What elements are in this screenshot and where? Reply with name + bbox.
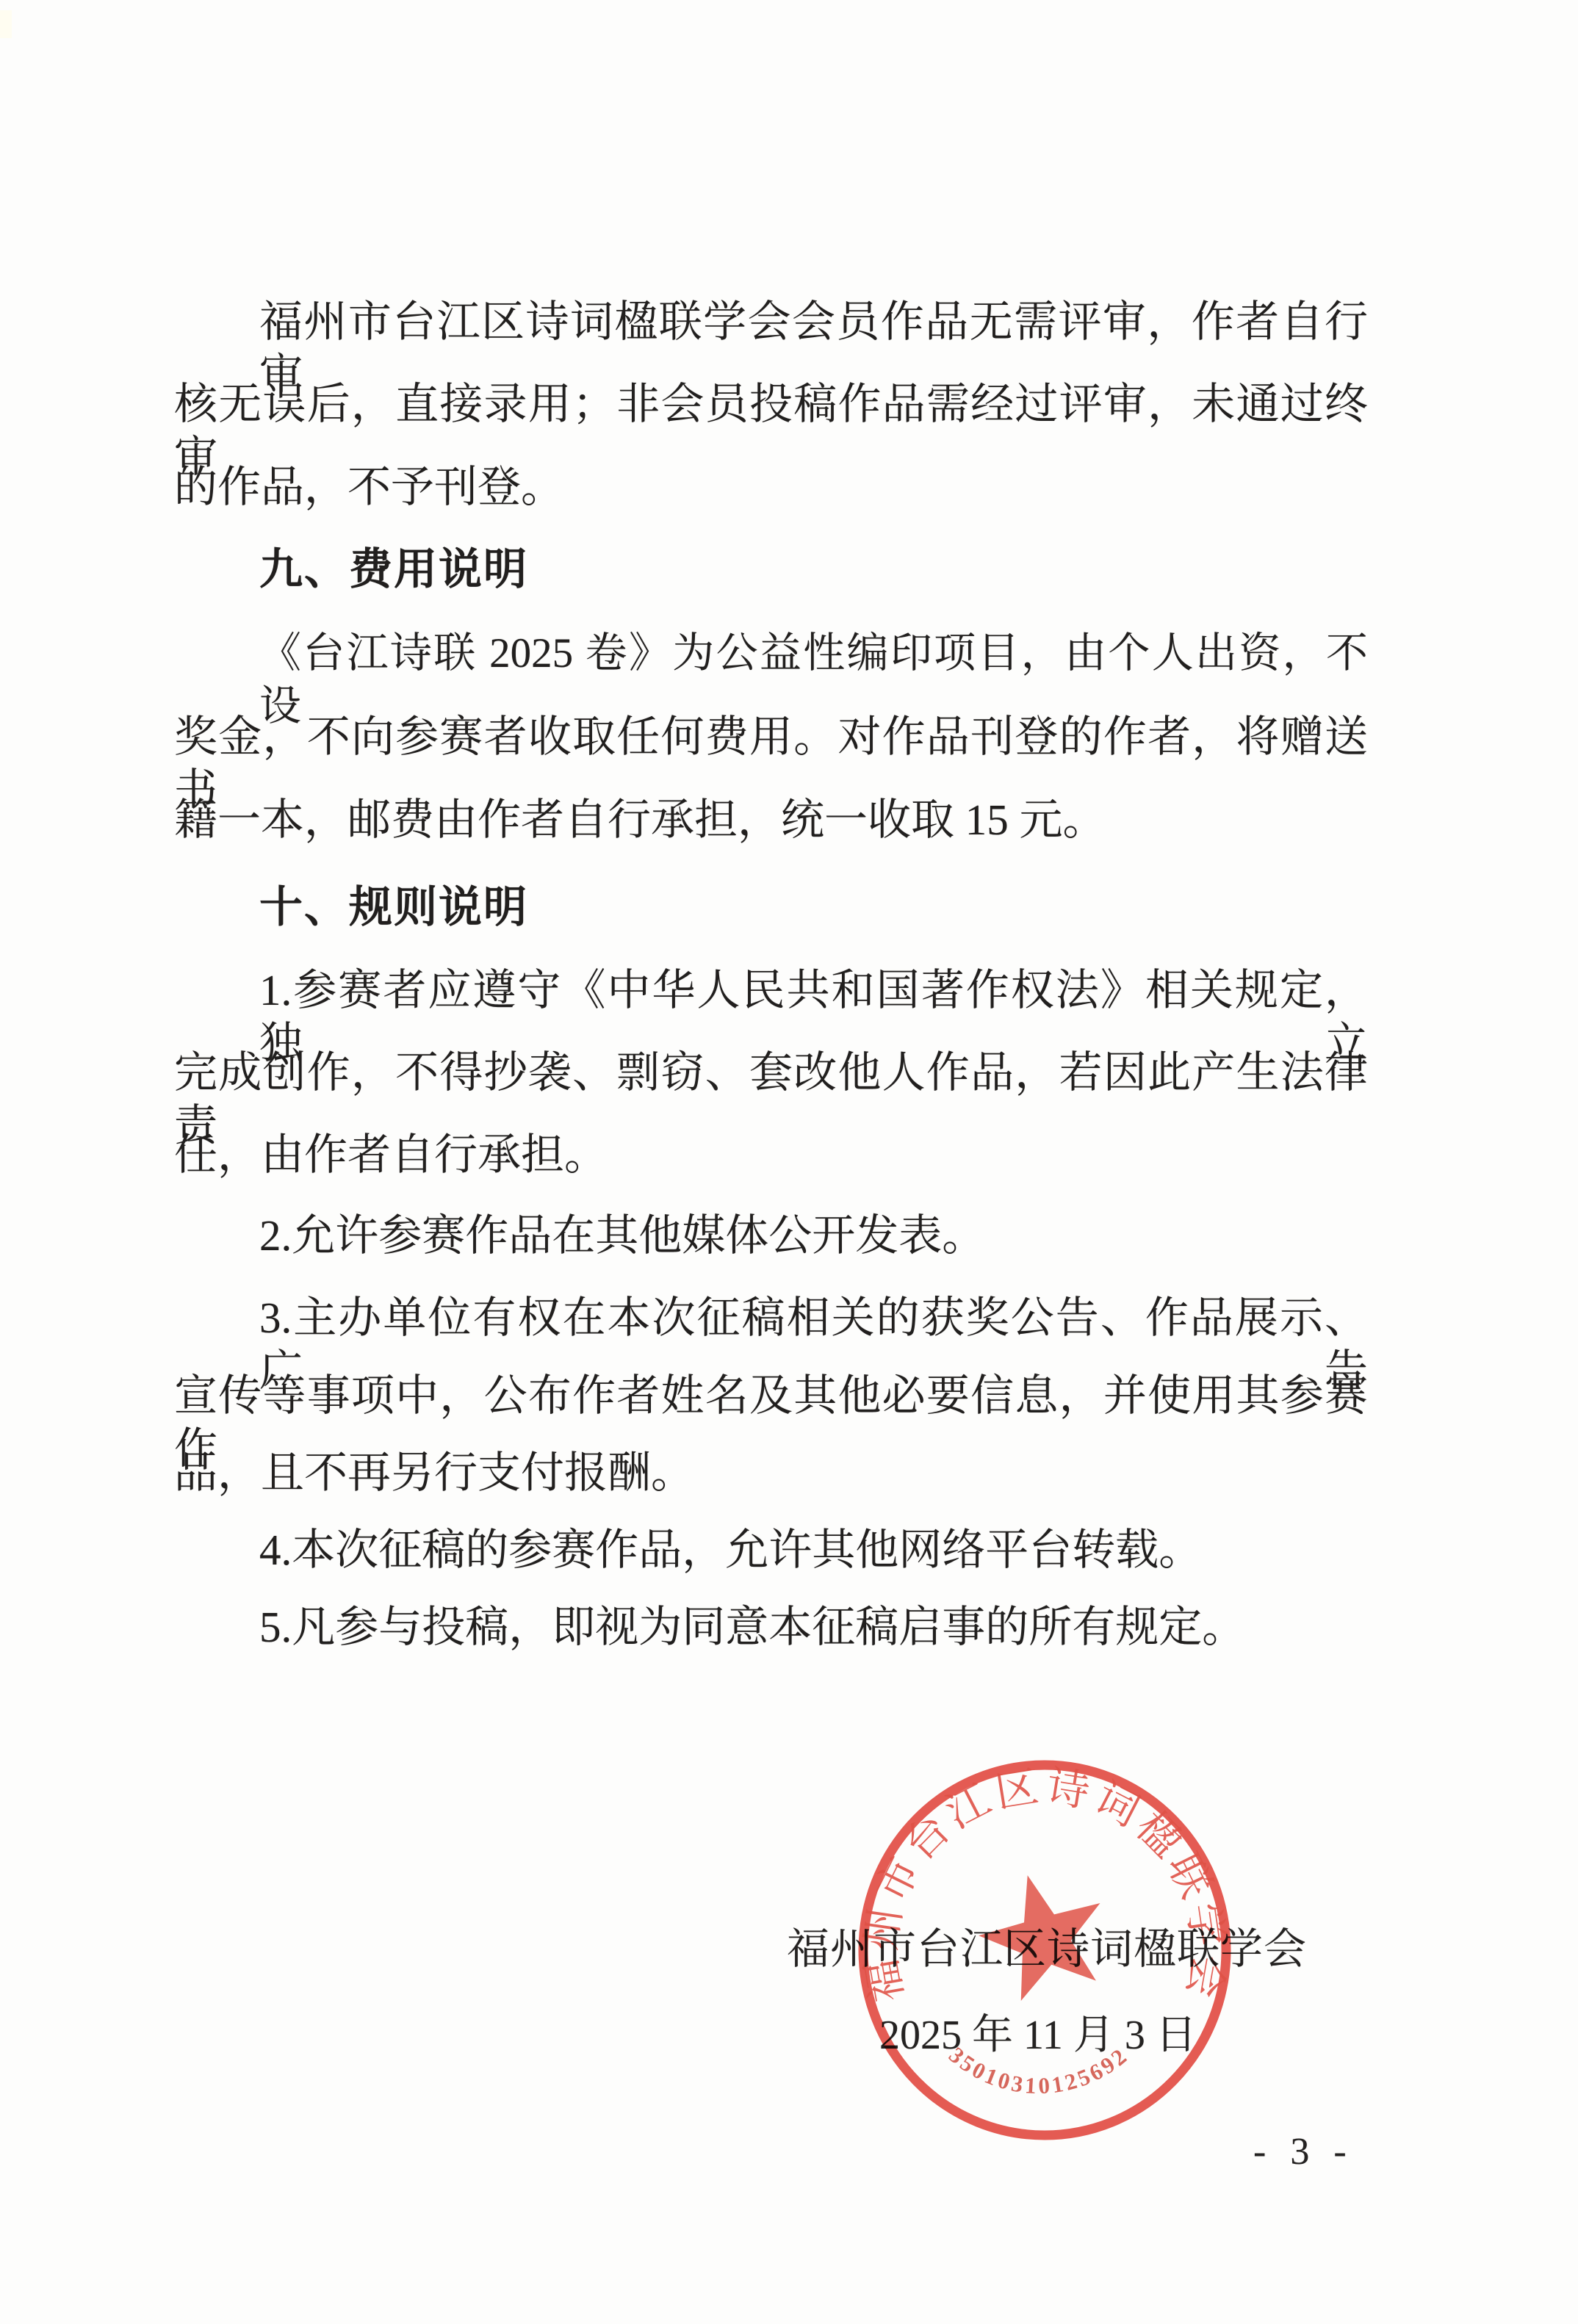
- seal-code-holder: 35010310125692: [944, 2042, 1134, 2099]
- scan-artifact: [0, 10, 12, 38]
- rule-5-line: 5.凡参与投稿，即视为同意本征稿启事的所有规定。: [259, 1601, 1368, 1653]
- official-seal: 福州市台江区诗词楹联学会 35010310125692: [846, 1747, 1243, 2155]
- intro-line-3: 的作品，不予刊登。: [174, 461, 1368, 513]
- section-heading-rules: 十、规则说明: [259, 881, 1368, 934]
- scanned-document-page: 福州市台江区诗词楹联学会会员作品无需评审，作者自行审 核无误后，直接录用；非会员…: [0, 0, 1578, 2324]
- section-heading-fees: 九、费用说明: [259, 543, 1368, 596]
- rule-1-line-3: 任，由作者自行承担。: [174, 1128, 1368, 1181]
- seal-star-icon: [967, 1859, 1120, 2007]
- rule-2-line: 2.允许参赛作品在其他媒体公开发表。: [259, 1209, 1368, 1262]
- rule-4-line: 4.本次征稿的参赛作品，允许其他网络平台转载。: [259, 1523, 1368, 1576]
- rule-3-line-3: 品，且不再另行支付报酬。: [174, 1446, 1368, 1499]
- page-number: - 3 -: [1253, 2130, 1354, 2173]
- fees-line-3: 籍一本，邮费由作者自行承担，统一收取 15 元。: [174, 793, 1368, 846]
- seal-code: 35010310125692: [944, 2042, 1134, 2099]
